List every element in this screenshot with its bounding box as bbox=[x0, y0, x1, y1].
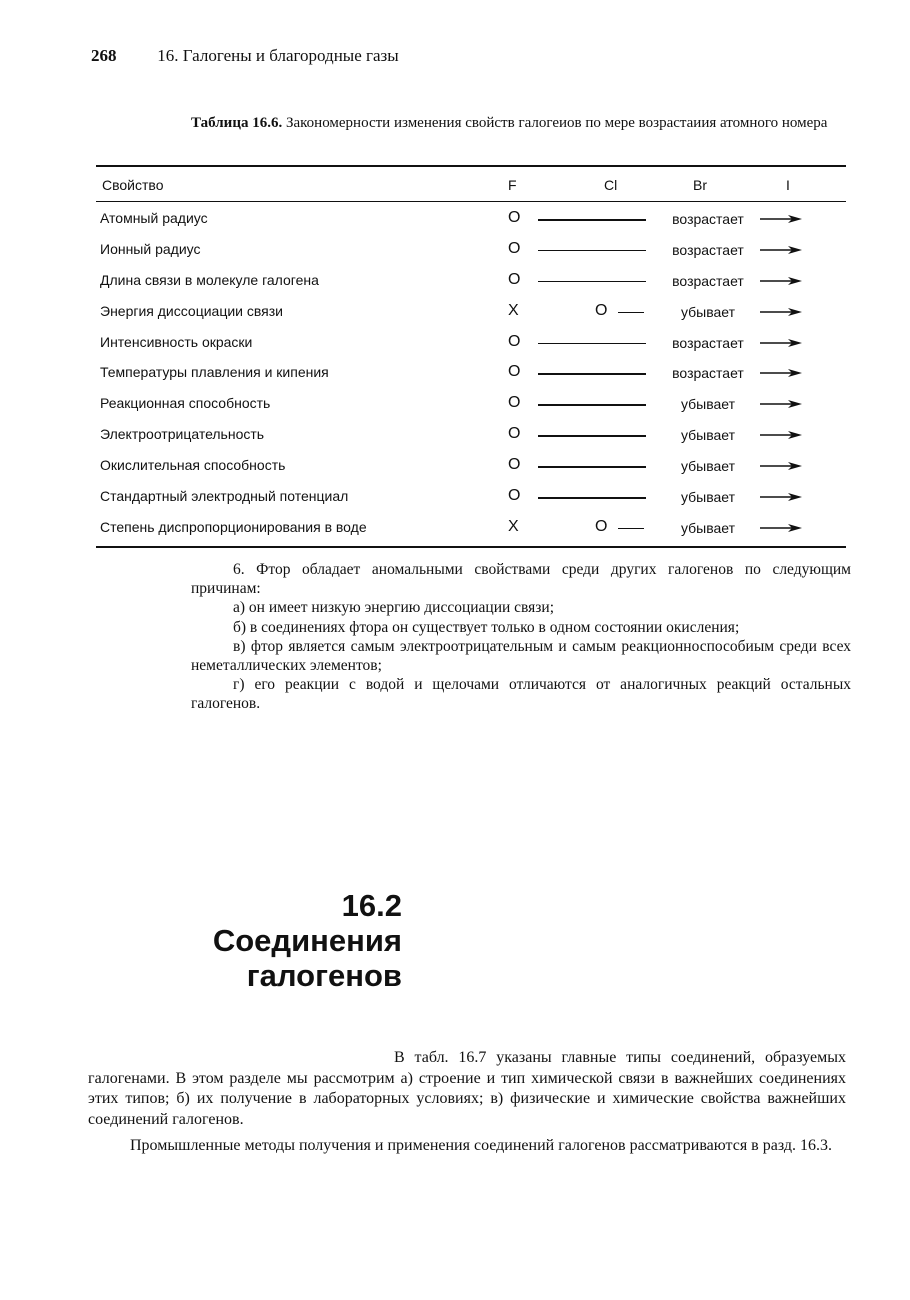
right-arrow-icon bbox=[758, 367, 804, 379]
table-row: Стандартный электродный потенциалOубывае… bbox=[96, 482, 846, 513]
trend-label: убывает bbox=[660, 304, 756, 320]
right-arrow-icon bbox=[758, 398, 804, 410]
body-paragraph-2: Промышленные методы получения и применен… bbox=[88, 1136, 846, 1157]
chlorine-mark: O bbox=[595, 518, 607, 536]
trend-label: возрастает bbox=[660, 242, 756, 258]
table-row: Окислительная способностьOубывает bbox=[96, 451, 846, 482]
notes-item-d: г) его реакции с водой и щелочами отлича… bbox=[191, 675, 851, 713]
table-row: Длина связи в молекуле галогенаOвозраста… bbox=[96, 266, 846, 297]
chapter-title: 16. Галогены и благородные газы bbox=[157, 46, 398, 65]
page-number: 268 bbox=[91, 46, 153, 66]
trend-line bbox=[538, 373, 646, 375]
table-header-row: Свойство F Cl Br I bbox=[96, 167, 846, 201]
trend-line bbox=[538, 250, 646, 252]
column-header-br: Br bbox=[693, 177, 707, 193]
trend-line bbox=[618, 312, 644, 314]
property-name: Степень диспропорционирования в воде bbox=[100, 519, 367, 535]
section-body: В табл. 16.7 указаны главные типы соедин… bbox=[88, 1048, 846, 1157]
right-arrow-icon bbox=[758, 460, 804, 472]
trend-line bbox=[538, 466, 646, 468]
property-name: Энергия диссоциации связи bbox=[100, 303, 283, 319]
property-name: Электроотрицательность bbox=[100, 426, 264, 442]
section-title-line1: Соединения bbox=[140, 923, 402, 958]
fluorine-mark: O bbox=[508, 487, 520, 505]
right-arrow-icon bbox=[758, 244, 804, 256]
notes-intro: 6. Фтор обладает аномальными свойствами … bbox=[191, 560, 851, 598]
right-arrow-icon bbox=[758, 522, 804, 534]
trend-line bbox=[538, 404, 646, 406]
right-arrow-icon bbox=[758, 213, 804, 225]
fluorine-mark: O bbox=[508, 240, 520, 258]
table-caption-label: Таблица 16.6. bbox=[191, 115, 282, 131]
property-name: Длина связи в молекуле галогена bbox=[100, 272, 319, 288]
trend-line bbox=[538, 435, 646, 437]
table-body: Атомный радиусOвозрастаетИонный радиусOв… bbox=[96, 202, 846, 544]
right-arrow-icon bbox=[758, 491, 804, 503]
table-row: ЭлектроотрицательностьOубывает bbox=[96, 420, 846, 451]
trend-line bbox=[538, 219, 646, 221]
fluorine-mark: O bbox=[508, 209, 520, 227]
notes-item-b: б) в соединениях фтора он существует тол… bbox=[191, 618, 851, 637]
trend-label: возрастает bbox=[660, 335, 756, 351]
fluorine-mark: O bbox=[508, 425, 520, 443]
table-caption-text: Закономерности изменения свойств галогеи… bbox=[286, 115, 827, 131]
property-name: Температуры плавления и кипения bbox=[100, 364, 329, 380]
fluorine-mark: O bbox=[508, 333, 520, 351]
table-caption: Таблица 16.6. Закономерности изменения с… bbox=[191, 114, 863, 133]
fluorine-mark: O bbox=[508, 271, 520, 289]
table-row: Энергия диссоциации связиXOубывает bbox=[96, 297, 846, 328]
table-row: Реакционная способностьOубывает bbox=[96, 389, 846, 420]
trend-line bbox=[538, 343, 646, 345]
trend-label: убывает bbox=[660, 458, 756, 474]
trend-label: убывает bbox=[660, 396, 756, 412]
fluorine-mark: X bbox=[508, 302, 519, 320]
column-header-i: I bbox=[786, 177, 790, 193]
column-header-f: F bbox=[508, 177, 517, 193]
table-bottom-rule bbox=[96, 546, 846, 548]
property-name: Ионный радиус bbox=[100, 241, 201, 257]
property-name: Атомный радиус bbox=[100, 210, 208, 226]
right-arrow-icon bbox=[758, 275, 804, 287]
property-name: Окислительная способность bbox=[100, 457, 285, 473]
table-row: Интенсивность окраскиOвозрастает bbox=[96, 328, 846, 359]
right-arrow-icon bbox=[758, 306, 804, 318]
chlorine-mark: O bbox=[595, 302, 607, 320]
trend-line bbox=[538, 497, 646, 499]
right-arrow-icon bbox=[758, 429, 804, 441]
fluorine-mark: O bbox=[508, 394, 520, 412]
table-row: Температуры плавления и кипенияOвозраста… bbox=[96, 358, 846, 389]
running-head: 268 16. Галогены и благородные газы bbox=[91, 46, 399, 66]
property-name: Интенсивность окраски bbox=[100, 334, 252, 350]
section-heading: 16.2 Соединения галогенов bbox=[140, 888, 402, 993]
fluorine-mark: O bbox=[508, 363, 520, 381]
fluorine-mark: O bbox=[508, 456, 520, 474]
table-row: Атомный радиусOвозрастает bbox=[96, 204, 846, 235]
trend-label: возрастает bbox=[660, 365, 756, 381]
right-arrow-icon bbox=[758, 337, 804, 349]
property-name: Реакционная способность bbox=[100, 395, 270, 411]
trend-label: возрастает bbox=[660, 211, 756, 227]
trend-label: убывает bbox=[660, 520, 756, 536]
notes-block: 6. Фтор обладает аномальными свойствами … bbox=[191, 560, 851, 714]
properties-table: Свойство F Cl Br I Атомный радиусOвозрас… bbox=[96, 165, 846, 548]
notes-item-a: а) он имеет низкую энергию диссоциации с… bbox=[191, 598, 851, 617]
trend-line bbox=[538, 281, 646, 283]
trend-label: возрастает bbox=[660, 273, 756, 289]
section-title-line2: галогенов bbox=[140, 958, 402, 993]
fluorine-mark: X bbox=[508, 518, 519, 536]
table-row: Ионный радиусOвозрастает bbox=[96, 235, 846, 266]
column-header-cl: Cl bbox=[604, 177, 617, 193]
body-paragraph-1: В табл. 16.7 указаны главные типы соедин… bbox=[88, 1048, 846, 1130]
trend-label: убывает bbox=[660, 489, 756, 505]
property-name: Стандартный электродный потенциал bbox=[100, 488, 348, 504]
table-row: Степень диспропорционирования в водеXOуб… bbox=[96, 513, 846, 544]
trend-line bbox=[618, 528, 644, 530]
notes-item-c: в) фтор является самым электроотрицатель… bbox=[191, 637, 851, 675]
trend-label: убывает bbox=[660, 427, 756, 443]
column-header-property: Свойство bbox=[102, 177, 163, 193]
section-number: 16.2 bbox=[140, 888, 402, 923]
